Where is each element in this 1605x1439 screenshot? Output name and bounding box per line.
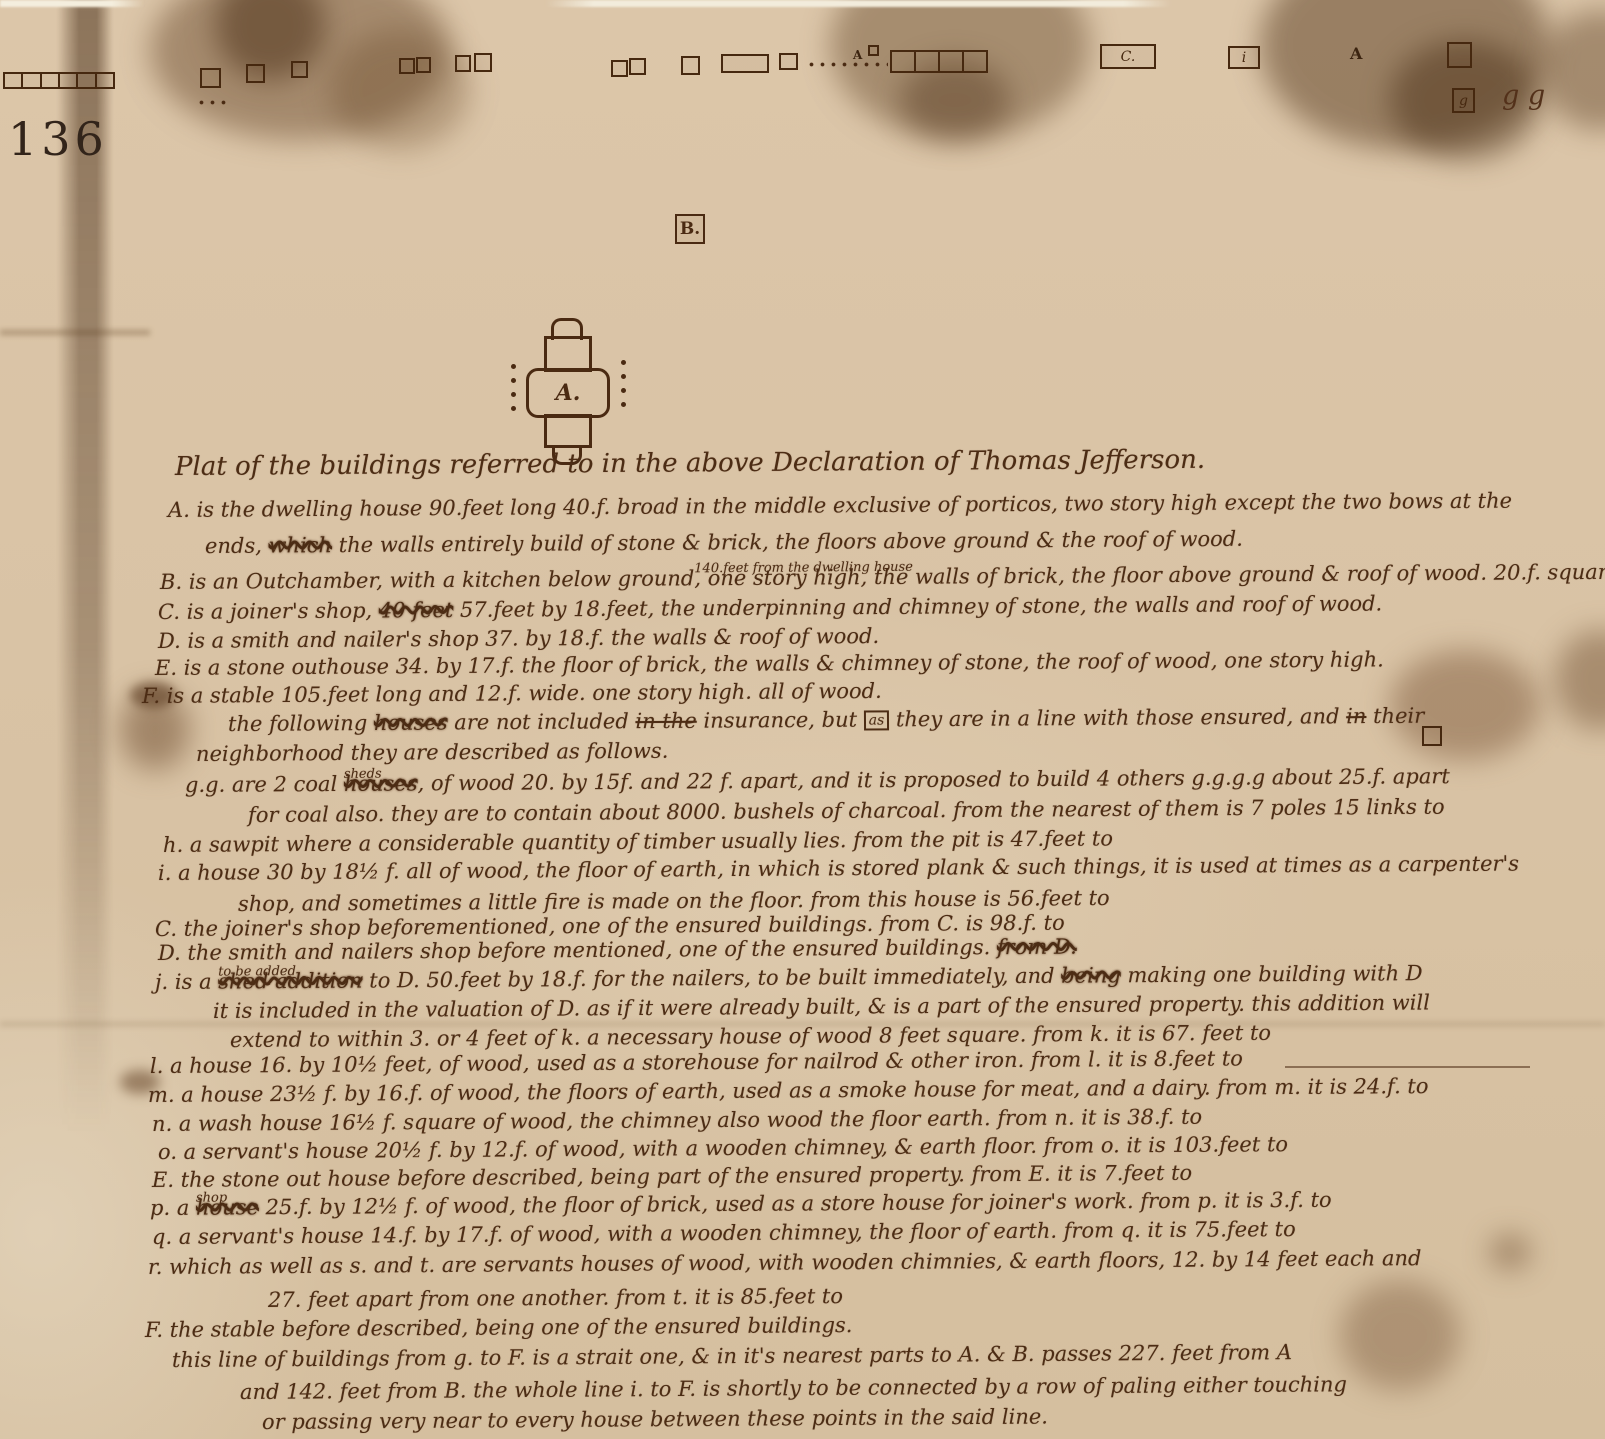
text-segment: the walls entirely build of stone & bric… [332, 527, 1243, 557]
entry-m: m. a house 23½ f. by 16.f. of wood, the … [148, 1074, 1429, 1107]
entry-i: i. a house 30 by 18½ f. all of wood, the… [158, 851, 1519, 885]
outbuilding-square [629, 58, 646, 75]
outbuilding-square [779, 53, 798, 70]
entry-j: j. is a to be addedshed addition to D. 5… [155, 961, 1423, 994]
portico-dot [621, 360, 626, 365]
entry-A-2: ends, which the walls entirely build of … [205, 527, 1243, 558]
entry-E: E. is a stone outhouse 34. by 17.f. the … [155, 647, 1384, 680]
portico-dot [511, 406, 516, 411]
text-segment: making one building with D [1121, 961, 1423, 987]
entry-E-distance: E. the stone out house before described,… [152, 1161, 1192, 1192]
text-segment: to D. 50.feet by 18.f. for the nailers, … [362, 964, 1061, 993]
outbuilding-square [474, 53, 492, 72]
outbuilding-square [246, 64, 265, 83]
text-segment: the following [228, 711, 374, 736]
outbuilding-square [681, 56, 700, 75]
closing-3: or passing very near to every house betw… [262, 1405, 1048, 1434]
text-segment: j. is a [155, 970, 218, 994]
text-segment: n. a wash house 16½ f. square of wood, t… [152, 1105, 1202, 1136]
stain [1555, 630, 1605, 730]
entry-q: q. a servant's house 14.f. by 17.f. of w… [152, 1217, 1296, 1249]
dwelling-house-A-plan: A. [505, 318, 635, 468]
entry-C: C. is a joiner's shop, 40 feet 57.feet b… [158, 591, 1382, 624]
outbuilding-square [291, 61, 308, 78]
portico-dot [511, 364, 516, 369]
a-plan-north-wing [544, 336, 592, 372]
portico-dot [621, 374, 626, 379]
note-following: the following houses are not included in… [228, 704, 1424, 737]
margin-insertion-box [1422, 726, 1442, 746]
text-segment: D. is a smith and nailer's shop 37. by 1… [158, 624, 879, 653]
text-segment: A. is the dwelling house 90.feet long 40… [168, 489, 1512, 522]
text-segment: in [1346, 704, 1366, 728]
stable-row-plan [3, 72, 115, 89]
stain [1490, 1235, 1530, 1269]
text-segment: insurance, but [697, 708, 864, 733]
dotted-line [806, 62, 888, 67]
text-segment: are not included [448, 709, 636, 734]
text-segment: being [1061, 963, 1121, 987]
house-i-plan: i [1228, 46, 1260, 69]
text-segment: 25.f. by 12½ f. of wood, the floor of br… [259, 1188, 1332, 1219]
text-segment: in the [635, 709, 696, 733]
text-segment: E. is a stone outhouse 34. by 17.f. the … [155, 647, 1384, 680]
title-line: Plat of the buildings referred to in the… [175, 445, 1205, 482]
text-segment: E. the stone out house before described,… [152, 1161, 1192, 1192]
note-neighborhood: neighborhood they are described as follo… [196, 739, 668, 766]
text-segment: F. the stable before described, being on… [145, 1313, 853, 1342]
entry-h: h. a sawpit where a considerable quantit… [163, 826, 1113, 857]
entry-B: B. is an Outchamber, with a kitchen belo… [160, 560, 1605, 594]
text-segment: , of wood 20. by 15f. and 22 f. apart, a… [418, 764, 1450, 795]
stain [1340, 1280, 1460, 1390]
page-number: 136 [8, 112, 108, 166]
text-segment: C. is a joiner's shop, [158, 598, 379, 624]
text-segment: F. is a stable 105.feet long and 12.f. w… [142, 679, 882, 708]
tiny-square [868, 45, 879, 56]
text-segment: their [1366, 704, 1424, 728]
a-plan-south-wing [544, 414, 592, 448]
coal-shed-plan [1447, 42, 1472, 68]
text-segment: they are in a line with those ensured, a… [889, 704, 1346, 731]
coal-shed-plan: g [1452, 88, 1475, 113]
entry-g: g.g. are 2 coal shedshouses, of wood 20.… [185, 764, 1450, 797]
text-segment: o. a servant's house 20½ f. by 12.f. of … [158, 1132, 1288, 1164]
text-segment: houses [374, 710, 448, 735]
text-segment: 40 feet [379, 598, 454, 623]
text-segment: g.g. are 2 coal [185, 772, 344, 797]
entry-j-2: it is included in the valuation of D. as… [213, 991, 1430, 1023]
handwritten-g-marks: g g [1502, 80, 1545, 111]
text-segment: Plat of the buildings referred to in the… [175, 445, 1205, 482]
portico-dot [511, 392, 516, 397]
entry-g-2: for coal also. they are to contain about… [248, 795, 1445, 827]
text-segment: p. a [150, 1196, 196, 1220]
scan-edge [0, 0, 1605, 7]
fold-crease-horizontal [0, 330, 150, 335]
outbuilding-square [455, 55, 471, 72]
text-segment: D. the smith and nailers shop before men… [158, 935, 997, 965]
manuscript-page: 136 B. A. AC.iAgg g Plat of the building… [0, 0, 1605, 1439]
entry-r-2: 27. feet apart from one another. from t.… [268, 1284, 843, 1312]
text-segment: 57.feet by 18.feet, the underpinning and… [453, 591, 1382, 621]
text-segment: 27. feet apart from one another. from t.… [268, 1284, 843, 1312]
text-segment: this line of buildings from g. to F. is … [172, 1340, 1292, 1372]
text-segment: as [864, 710, 890, 730]
portico-dot [621, 388, 626, 393]
outchamber-B-plan: B. [675, 214, 705, 244]
text-segment: q. a servant's house 14.f. by 17.f. of w… [152, 1217, 1296, 1249]
outbuilding-rect [721, 54, 769, 73]
letter-A-mark: A [1350, 44, 1362, 63]
entry-D: D. is a smith and nailer's shop 37. by 1… [158, 624, 879, 653]
outbuilding-square [416, 57, 431, 73]
stain [330, 30, 470, 150]
text-segment: h. a sawpit where a considerable quantit… [163, 826, 1113, 857]
outbuilding-square [200, 68, 221, 88]
text-segment: it is included in the valuation of D. as… [213, 991, 1430, 1023]
entry-n: n. a wash house 16½ f. square of wood, t… [152, 1105, 1202, 1136]
text-segment: B. is an Outchamber, with a kitchen belo… [160, 566, 694, 594]
fold-crease-vertical [56, 0, 114, 1180]
entry-F: F. is a stable 105.feet long and 12.f. w… [142, 679, 882, 708]
entry-A: A. is the dwelling house 90.feet long 40… [168, 489, 1512, 522]
filler-dash [1285, 1066, 1530, 1068]
text-segment: which [268, 533, 332, 557]
entry-D-distance: D. the smith and nailers shop before men… [158, 935, 1077, 965]
portico-dot [511, 378, 516, 383]
text-segment: for coal also. they are to contain about… [248, 795, 1445, 827]
closing-2: and 142. feet from B. the whole line i. … [240, 1372, 1347, 1404]
outbuilding-square [399, 58, 415, 74]
text-segment: or passing very near to every house betw… [262, 1405, 1048, 1434]
closing-1: this line of buildings from g. to F. is … [172, 1340, 1292, 1372]
outbuilding-square [611, 60, 628, 77]
text-segment: i. a house 30 by 18½ f. all of wood, the… [158, 851, 1519, 885]
entry-p: p. a shophouse 25.f. by 12½ f. of wood, … [150, 1188, 1332, 1220]
letter-A-small: A [853, 48, 862, 62]
text-segment: r. which as well as s. and t. are servan… [148, 1246, 1422, 1279]
entry-F-stable: F. the stable before described, being on… [145, 1313, 853, 1342]
smith-shop-row-plan [890, 50, 988, 73]
text-segment: from D. [997, 935, 1077, 960]
stain [1260, 0, 1550, 150]
a-plan-center-block: A. [526, 368, 610, 418]
text-segment: and 142. feet from B. the whole line i. … [240, 1372, 1347, 1404]
text-segment: m. a house 23½ f. by 16.f. of wood, the … [148, 1074, 1429, 1107]
stain [1540, 10, 1605, 130]
text-segment: ends, [205, 534, 269, 558]
joiners-shop-plan: C. [1100, 44, 1156, 69]
portico-dot [621, 402, 626, 407]
text-segment: neighborhood they are described as follo… [196, 739, 668, 766]
entry-o: o. a servant's house 20½ f. by 12.f. of … [158, 1132, 1288, 1164]
dotted-marks [196, 100, 232, 105]
stain [215, 0, 325, 80]
entry-r: r. which as well as s. and t. are servan… [148, 1246, 1422, 1279]
